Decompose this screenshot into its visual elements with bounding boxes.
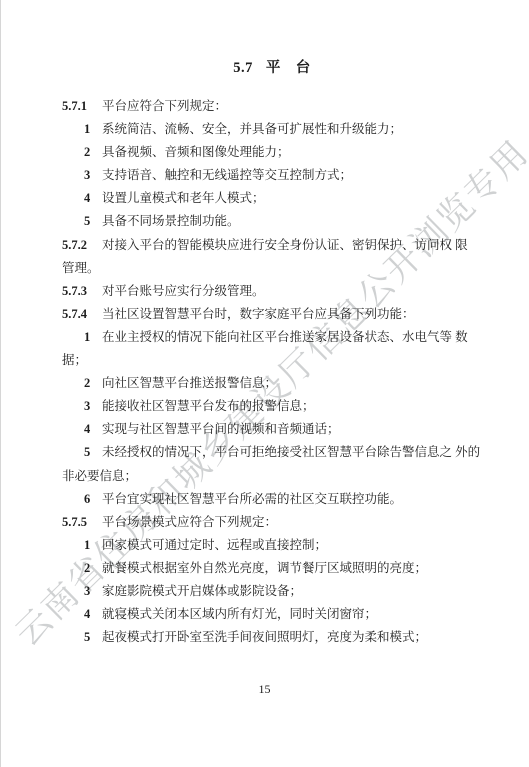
list-item: 3支持语音、触控和无线遥控等交互控制方式；: [62, 164, 482, 187]
item-text: 就寝模式关闭本区域内所有灯光，同时关闭窗帘；: [102, 607, 377, 621]
clause-number: 5.7.3: [62, 280, 102, 303]
section-title-text: 平 台: [266, 60, 311, 76]
section-title-number: 5.7: [233, 60, 253, 76]
list-item: 2向社区智慧平台推送报警信息；: [62, 372, 482, 395]
item-number: 5: [84, 626, 102, 649]
clause-5-7-3: 5.7.3对平台账号应实行分级管理。: [62, 280, 482, 303]
list-item: 2就餐模式根据室外自然光亮度，调节餐厅区域照明的亮度；: [62, 557, 482, 580]
item-text: 起夜模式打开卧室至洗手间夜间照明灯，亮度为柔和模式；: [102, 630, 427, 644]
list-item: 4就寝模式关闭本区域内所有灯光，同时关闭窗帘；: [62, 603, 482, 626]
item-text: 能接收社区智慧平台发布的报警信息；: [102, 399, 315, 413]
item-text: 实现与社区智慧平台间的视频和音频通话；: [102, 422, 340, 436]
list-item: 3家庭影院模式开启媒体或影院设备；: [62, 580, 482, 603]
clause-text: 当社区设置智慧平台时，数字家庭平台应具备下列功能：: [102, 307, 415, 321]
item-text: 具备视频、音频和图像处理能力；: [102, 145, 290, 159]
list-item: 5起夜模式打开卧室至洗手间夜间照明灯，亮度为柔和模式；: [62, 626, 482, 649]
continuation-text: 据；: [62, 353, 87, 367]
item-number: 1: [84, 118, 102, 141]
list-item: 4实现与社区智慧平台间的视频和音频通话；: [62, 418, 482, 441]
item-text: 设置儿童模式和老年人模式；: [102, 191, 265, 205]
list-item: 6平台宜实现社区智慧平台所必需的社区交互联控功能。: [62, 488, 482, 511]
list-item: 5未经授权的情况下，平台可拒绝接受社区智慧平台除告警信息之 外的: [62, 441, 482, 464]
item-number: 3: [84, 395, 102, 418]
list-item: 3能接收社区智慧平台发布的报警信息；: [62, 395, 482, 418]
list-item: 4设置儿童模式和老年人模式；: [62, 187, 482, 210]
item-text: 向社区智慧平台推送报警信息；: [102, 376, 277, 390]
scan-edge-line: [0, 0, 1, 767]
item-text: 支持语音、触控和无线遥控等交互控制方式；: [102, 168, 352, 182]
item-number: 6: [84, 488, 102, 511]
item-number: 2: [84, 141, 102, 164]
item-number: 1: [84, 534, 102, 557]
clause-5-7-1: 5.7.1平台应符合下列规定：: [62, 95, 482, 118]
clause-text: 平台应符合下列规定：: [102, 99, 227, 113]
continuation-line: 非必要信息；: [62, 465, 482, 488]
clause-5-7-2: 5.7.2对接入平台的智能模块应进行安全身份认证、密钥保护、访问权 限: [62, 234, 482, 257]
continuation-text: 非必要信息；: [62, 469, 137, 483]
item-number: 2: [84, 372, 102, 395]
item-text: 系统简洁、流畅、安全，并具备可扩展性和升级能力；: [102, 122, 402, 136]
list-item: 1系统简洁、流畅、安全，并具备可扩展性和升级能力；: [62, 118, 482, 141]
item-text: 回家模式可通过定时、远程或直接控制；: [102, 538, 327, 552]
list-item: 5具备不同场景控制功能。: [62, 210, 482, 233]
continuation-line: 据；: [62, 349, 482, 372]
clause-number: 5.7.1: [62, 95, 102, 118]
item-number: 4: [84, 418, 102, 441]
clause-text: 对平台账号应实行分级管理。: [102, 284, 265, 298]
continuation-text: 管理。: [62, 261, 100, 275]
clause-5-7-5: 5.7.5平台场景模式应符合下列规定：: [62, 511, 482, 534]
item-text: 在业主授权的情况下能向社区平台推送家居设备状态、水电气等 数: [102, 330, 468, 344]
document-page: 云南省住房和城乡建设厅信息公开浏览专用 5.7平 台 5.7.1平台应符合下列规…: [0, 0, 529, 767]
item-text: 就餐模式根据室外自然光亮度，调节餐厅区域照明的亮度；: [102, 561, 427, 575]
document-content: 5.7平 台 5.7.1平台应符合下列规定： 1系统简洁、流畅、安全，并具备可扩…: [62, 58, 482, 649]
item-number: 3: [84, 580, 102, 603]
clause-text: 平台场景模式应符合下列规定：: [102, 515, 277, 529]
item-number: 4: [84, 187, 102, 210]
continuation-line: 管理。: [62, 257, 482, 280]
clause-5-7-4: 5.7.4当社区设置智慧平台时，数字家庭平台应具备下列功能：: [62, 303, 482, 326]
item-text: 平台宜实现社区智慧平台所必需的社区交互联控功能。: [102, 492, 402, 506]
list-item: 1回家模式可通过定时、远程或直接控制；: [62, 534, 482, 557]
clause-number: 5.7.2: [62, 234, 102, 257]
item-text: 家庭影院模式开启媒体或影院设备；: [102, 584, 302, 598]
item-text: 具备不同场景控制功能。: [102, 214, 240, 228]
clause-number: 5.7.4: [62, 303, 102, 326]
item-number: 4: [84, 603, 102, 626]
section-title: 5.7平 台: [62, 58, 482, 78]
page-number: 15: [0, 682, 529, 697]
clause-number: 5.7.5: [62, 511, 102, 534]
item-number: 5: [84, 441, 102, 464]
clause-text: 对接入平台的智能模块应进行安全身份认证、密钥保护、访问权 限: [102, 238, 468, 252]
item-text: 未经授权的情况下，平台可拒绝接受社区智慧平台除告警信息之 外的: [102, 445, 480, 459]
item-number: 3: [84, 164, 102, 187]
list-item: 1在业主授权的情况下能向社区平台推送家居设备状态、水电气等 数: [62, 326, 482, 349]
item-number: 5: [84, 210, 102, 233]
item-number: 1: [84, 326, 102, 349]
item-number: 2: [84, 557, 102, 580]
list-item: 2具备视频、音频和图像处理能力；: [62, 141, 482, 164]
